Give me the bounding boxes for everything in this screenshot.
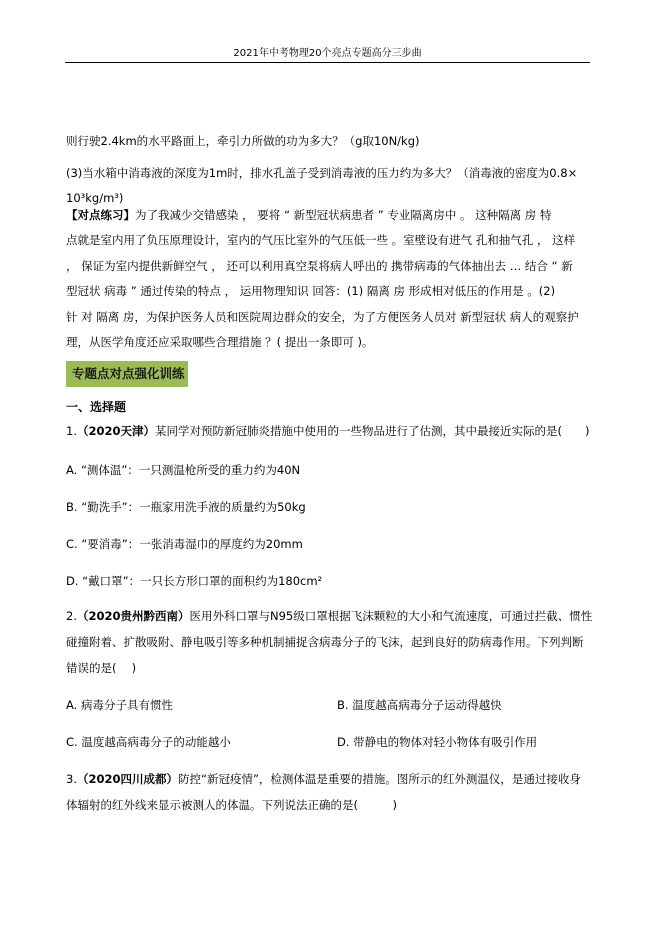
option-d: D. “戴口罩”：一只长方形口罩的面积约为180cm² — [66, 573, 322, 589]
option-a: A. 病毒分子具有惯性 — [66, 697, 173, 713]
question-3: 3.（2020四川成都）防控“新冠疫情”，检测体温是重要的措施。图所示的红外测温… — [66, 771, 581, 787]
question-source: （2020四川成都） — [77, 772, 178, 786]
question-source: （2020贵州黔西南） — [77, 609, 190, 623]
option-a: A. “测体温”：一只测温枪所受的重力约为40N — [66, 462, 300, 478]
question-3-line: 体辐射的红外线来显示被测人的体温。下列说法正确的是( ) — [66, 797, 397, 813]
practice-paragraph-line: 【对点练习】为了我减少交错感染 ， 要将 “ 新型冠状病患者 ” 专业隔离房中 … — [66, 207, 551, 223]
practice-paragraph-line: 点就是室内用了负压原理设计，室内的气压比室外的气压低一些 。室壁设有进气 孔和抽… — [66, 232, 575, 248]
option-c: C. 温度越高病毒分子的动能越小 — [66, 734, 231, 750]
prev-question-part3: (3)当水箱中消毒液的深度为1m时，排水孔盖子受到消毒液的压力约为多大？（消毒液… — [66, 165, 577, 181]
practice-paragraph-line: ， 保证为室内提供新鲜空气 ， 还可以利用真空泵将病人呼出的 携带病毒的气体抽出… — [66, 258, 573, 274]
section-banner: 专题点对点强化训练 — [66, 361, 188, 387]
option-d: D. 带静电的物体对轻小物体有吸引作用 — [337, 734, 537, 750]
practice-paragraph-line: 理，从医学角度还应采取哪些合理措施 ？( 提出一条即可 )。 — [66, 334, 373, 350]
question-source: （2020天津） — [77, 424, 155, 438]
practice-label: 【对点练习】 — [66, 208, 135, 222]
question-2: 2.（2020贵州黔西南）医用外科口罩与N95级口罩根据飞沫颗粒的大小和气流速度… — [66, 608, 592, 624]
question-2-line: 错误的是( ) — [66, 660, 136, 676]
option-b: B. “勤洗手”：一瓶家用洗手液的质量约为50kg — [66, 499, 306, 515]
option-c: C. “要消毒”：一张消毒湿巾的厚度约为20mm — [66, 536, 303, 552]
prev-question-part3-cont: 10³kg/m³) — [66, 190, 123, 206]
page-header: 2021年中考物理20个亮点专题高分三步曲 — [65, 47, 590, 61]
practice-paragraph-line: 型冠状 病毒 ” 通过传染的特点 ， 运用物理知识 回答：(1) 隔离 房 形成… — [66, 283, 555, 299]
question-1: 1.（2020天津）某同学对预防新冠肺炎措施中使用的一些物品进行了估测，其中最接… — [66, 423, 589, 439]
section-title: 一、选择题 — [66, 398, 126, 415]
option-b: B. 温度越高病毒分子运动得越快 — [337, 697, 502, 713]
practice-paragraph-line: 针 对 隔离 房，为保护医务人员和医院周边群众的安全，为了方便医务人员对 新型冠… — [66, 309, 579, 325]
question-2-line: 碰撞附着、扩散吸附、静电吸引等多种机制捕捉含病毒分子的飞沫，起到良好的防病毒作用… — [66, 634, 584, 650]
prev-question-line: 则行驶2.4km的水平路面上，牵引力所做的功为多大？（g取10N/kg) — [66, 133, 420, 149]
header-divider — [65, 62, 590, 63]
